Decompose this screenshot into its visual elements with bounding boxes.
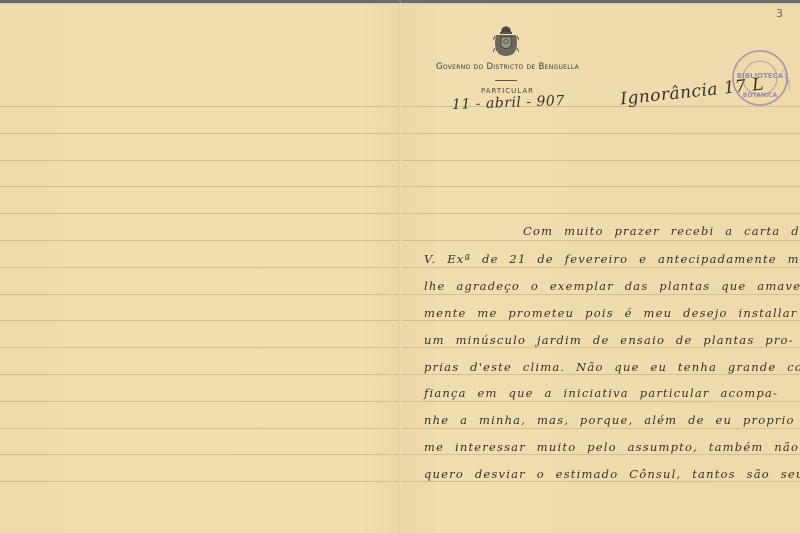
coat-of-arms-icon [493,26,519,58]
body-line: nhe a minha, mas, porque, além de eu pro… [424,413,795,427]
ruled-line [0,240,399,241]
ruled-line [0,428,399,429]
ruled-line [401,428,800,429]
body-line: um minúsculo jardim de ensaio de plantas… [424,333,794,347]
body-line: mente me prometeu pois é meu desejo inst… [424,306,800,320]
ruled-line [0,213,399,214]
body-line: lhe agradeço o exemplar das plantas que … [424,279,800,293]
ruled-line [0,106,399,107]
ruled-line [401,133,800,134]
ruled-line [401,160,800,161]
ruled-line [401,320,800,321]
stamp-top-text: BIBLIOTECA [737,72,784,80]
ruled-line [0,186,399,187]
ruled-line [401,481,800,482]
ruled-line [401,374,800,375]
stamp-bottom-text: BOTANICA [743,92,778,99]
body-line: me interessar muito pelo assumpto, també… [424,440,799,454]
ruled-line [0,294,399,295]
body-line: quero desviar o estimado Cônsul, tantos … [424,467,800,481]
ruled-line [401,401,800,402]
library-stamp-icon: BIBLIOTECA BOTANICA COIMBRA [730,48,790,108]
ruled-line [0,160,399,161]
ruled-line [0,374,399,375]
body-line: prias d'este clima. Não que eu tenha gra… [424,360,800,374]
ruled-line [0,267,399,268]
ruled-line [401,240,800,241]
body-line: fiança em que a iniciativa particular ac… [424,386,778,400]
letterhead-divider [495,80,517,81]
ruled-line [401,454,800,455]
ruled-line [401,186,800,187]
ruled-line [0,481,399,482]
ruled-line [0,347,399,348]
ruled-line [401,267,800,268]
ruled-line [0,454,399,455]
ruled-line [0,320,399,321]
body-line: Com muito prazer recebi a carta de [523,224,800,238]
ruled-line [401,347,800,348]
ruled-line [401,294,800,295]
letterhead-title: Governo do Districto de Benguella [400,62,615,72]
ruled-line [401,213,800,214]
page-number: 3 [776,7,783,20]
ruled-line [0,133,399,134]
ruled-line [0,401,399,402]
letterhead-subtitle: PARTICULAR [400,87,615,95]
body-line: V. Exª de 21 de fevereiro e antecipadame… [424,252,800,266]
